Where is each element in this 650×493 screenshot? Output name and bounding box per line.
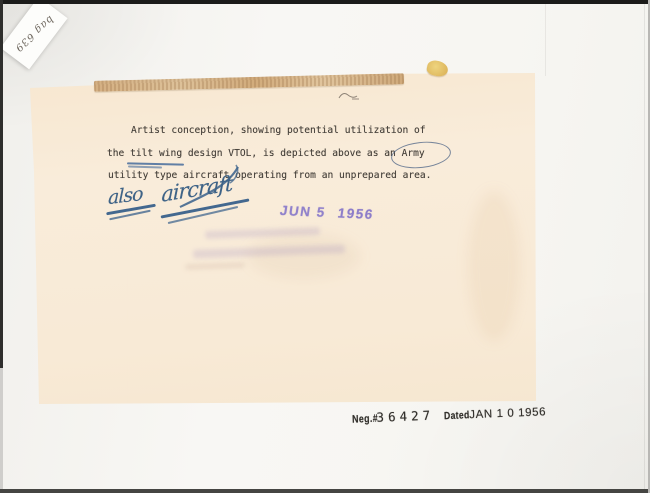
ink-underline-tilt-wing-second [128,165,162,168]
caption-line2-mid: design VTOL, is depicted above as an [182,148,402,159]
neg-label: Neg.# [352,413,378,426]
caption-line2-pre: the [107,148,130,159]
received-date-stamp: JUN 51956 [279,203,375,222]
sheet-crease-line [545,4,546,76]
received-stamp-month-day: JUN 5 [279,203,327,220]
pencil-squiggle-mark [337,89,363,102]
scan-edge-top [0,0,650,4]
caption-underlined-phrase: tilt wing [130,148,182,159]
scanned-photo-verso: Artist conception, showing potential uti… [0,0,650,493]
dated-value: JAN 1 0 1956 [469,406,546,421]
neg-number: 36427 [376,408,434,425]
faint-stamp-line [185,262,245,270]
sheet-right-crease-line [644,4,645,489]
photo-print-verso: Artist conception, showing potential uti… [30,71,536,404]
caption-line-3: utility type aircraft operating from an … [108,170,431,181]
paper-stain [468,191,520,341]
caption-line-2: the tilt wing design VTOL, is depicted a… [107,148,425,159]
scan-edge-left [0,0,3,368]
dated-label: Dated [444,409,470,422]
caption-line-1: Artist conception, showing potential uti… [131,125,426,136]
handwritten-word-1: also [108,183,143,209]
scan-edge-bottom [0,489,650,493]
ink-circle-around-army [390,139,452,171]
received-stamp-year: 1956 [337,206,375,222]
